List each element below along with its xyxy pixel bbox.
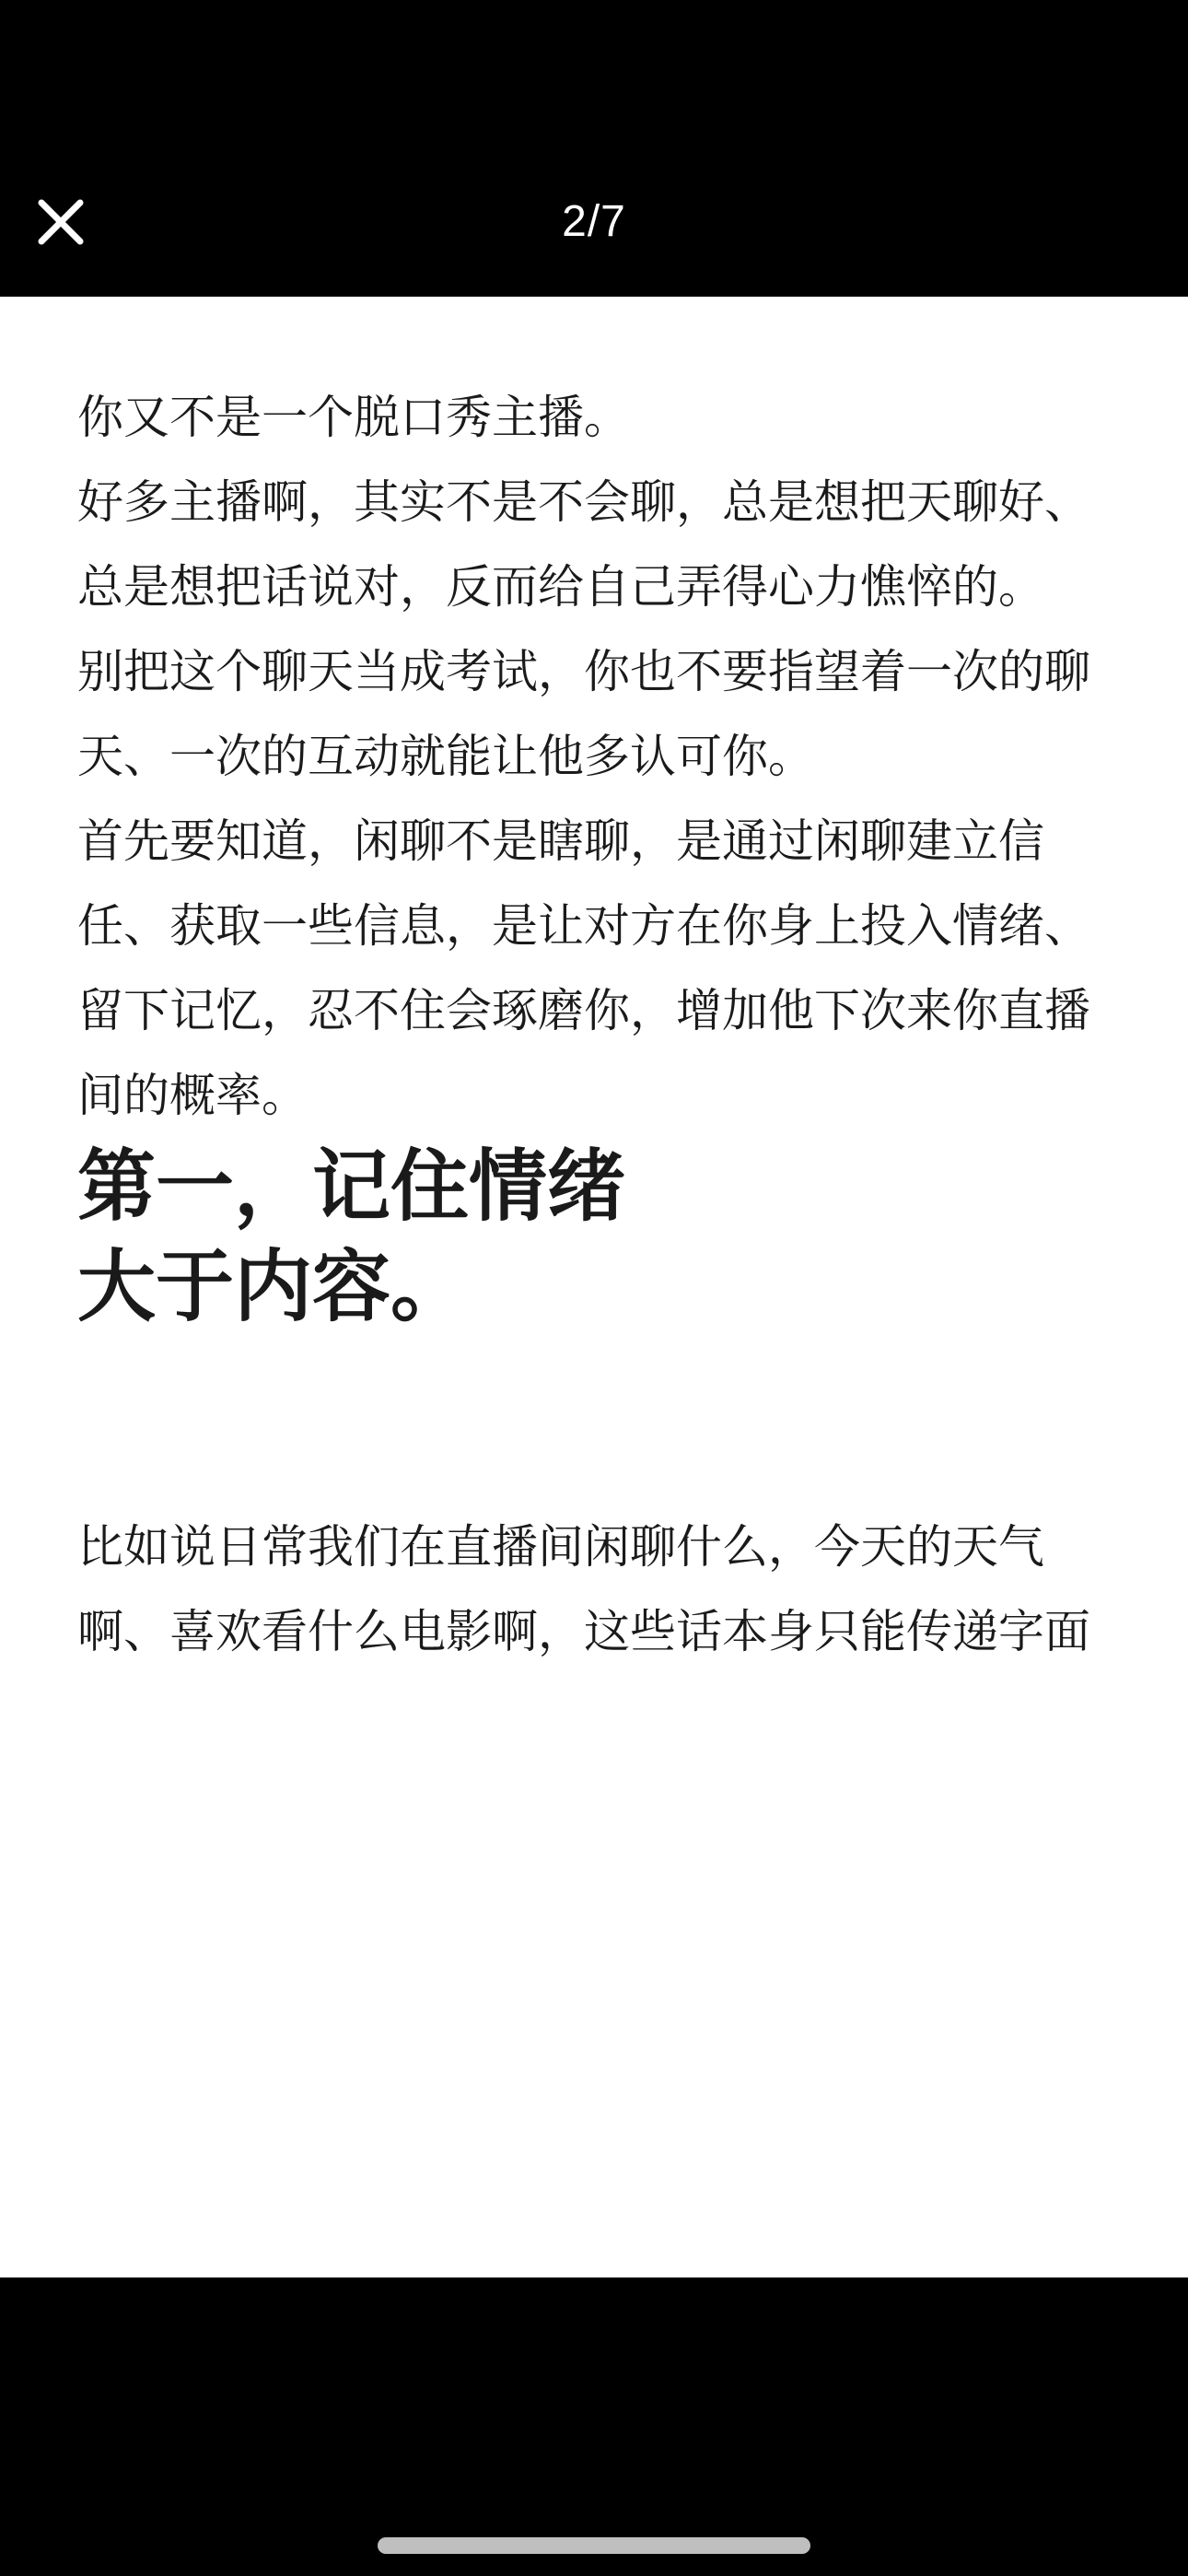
article-page: 你又不是一个脱口秀主播。 好多主播啊，其实不是不会聊，总是想把天聊好、总是想把话… xyxy=(0,297,1188,2277)
paragraph-3: 别把这个聊天当成考试，你也不要指望着一次的聊天、一次的互动就能让他多认可你。 xyxy=(77,629,1111,799)
heading-line-2: 大于内容。 xyxy=(77,1238,1111,1339)
screen: 2/7 你又不是一个脱口秀主播。 好多主播啊，其实不是不会聊，总是想把天聊好、总… xyxy=(0,0,1188,2576)
viewer-header: 2/7 xyxy=(0,0,1188,297)
footer xyxy=(0,2277,1188,2576)
section-heading: 第一，记住情绪 大于内容。 xyxy=(77,1138,1111,1339)
paragraph-1: 你又不是一个脱口秀主播。 xyxy=(77,375,1111,460)
home-indicator[interactable] xyxy=(378,2537,810,2554)
heading-line-1: 第一，记住情绪 xyxy=(77,1138,1111,1238)
paragraph-5: 比如说日常我们在直播间闲聊什么，今天的天气啊、喜欢看什么电影啊，这些话本身只能传… xyxy=(77,1505,1111,1674)
page-indicator: 2/7 xyxy=(0,199,1188,245)
paragraph-2: 好多主播啊，其实不是不会聊，总是想把天聊好、总是想把话说对，反而给自己弄得心力憔… xyxy=(77,460,1111,629)
paragraph-4: 首先要知道，闲聊不是瞎聊，是通过闲聊建立信任、获取一些信息，是让对方在你身上投入… xyxy=(77,799,1111,1138)
